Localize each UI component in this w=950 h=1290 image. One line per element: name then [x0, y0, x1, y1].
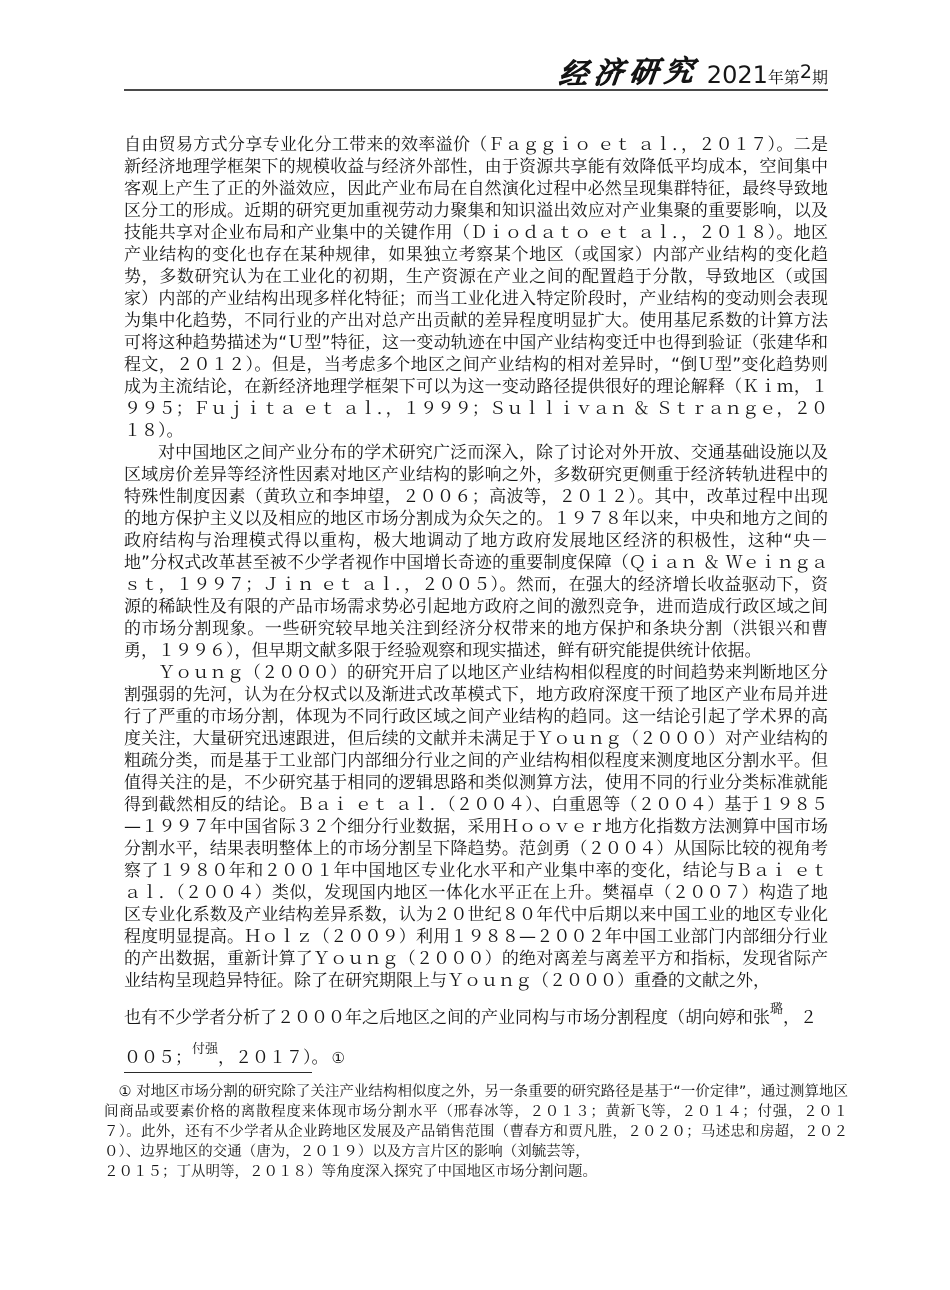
closing-line-2-text: ００５；: [124, 1048, 192, 1068]
underlined-citation: ００５；付强，２０１７）: [124, 1048, 312, 1073]
issue-info: 2021年第2期: [707, 63, 828, 87]
closing-line-1-text: 也有不少学者分析了２０００年之后地区之间的产业同构与市场分割程度（胡向婷和张: [124, 1008, 770, 1028]
issue-year: 2021: [707, 63, 768, 87]
footnote-paragraph-2: ２０１５；丁从明等，２０１８）等角度深入探究了中国地区市场分割问题。: [104, 1162, 848, 1182]
journal-page: 经济研究 2021年第2期 自由贸易方式分享专业化分工带来的效率溢价（Ｆａｇｇｉ…: [0, 0, 950, 1290]
issue-year-label: 年第: [768, 70, 800, 86]
footnote-paragraph-1: ① 对地区市场分割的研究除了关注产业结构相似度之外，另一条重要的研究路径是基于“…: [104, 1082, 848, 1162]
closing-line-2: ００５；付强，２０１７）。①: [124, 1046, 828, 1072]
page-header: 经济研究 2021年第2期: [124, 58, 828, 91]
paragraph-3: Ｙｏｕｎｇ（２０００）的研究开启了以地区产业结构相似程度的时间趋势来判断地区分割…: [124, 662, 828, 992]
footnote-marker-ref: ①: [332, 1049, 345, 1067]
issue-number: 2: [800, 63, 812, 82]
footnote-region: ① 对地区市场分割的研究除了关注产业结构相似度之外，另一条重要的研究路径是基于“…: [104, 1082, 848, 1182]
closing-line-1-tail: ，２: [783, 1008, 817, 1028]
paragraph-2: 对中国地区之间产业分布的学术研究广泛而深入，除了讨论对外开放、交通基础设施以及区…: [124, 442, 828, 662]
closing-line-1: 也有不少学者分析了２０００年之后地区之间的产业同构与市场分割程度（胡向婷和张璐，…: [124, 1006, 828, 1032]
journal-logo: 经济研究: [557, 56, 701, 89]
article-body: 自由贸易方式分享专业化分工带来的效率溢价（Ｆａｇｇｉｏ ｅｔ ａｌ．，２０１７）…: [124, 134, 828, 1072]
superscript-name-fuqiang: 付强: [192, 1042, 218, 1057]
issue-number-label: 期: [812, 70, 828, 86]
closing-line-2-tail: ，２０１７）: [218, 1048, 312, 1068]
paragraph-1: 自由贸易方式分享专业化分工带来的效率溢价（Ｆａｇｇｉｏ ｅｔ ａｌ．，２０１７）…: [124, 134, 828, 442]
superscript-char-lu: 璐: [770, 1002, 783, 1017]
closing-line-2-period: 。: [312, 1048, 329, 1068]
